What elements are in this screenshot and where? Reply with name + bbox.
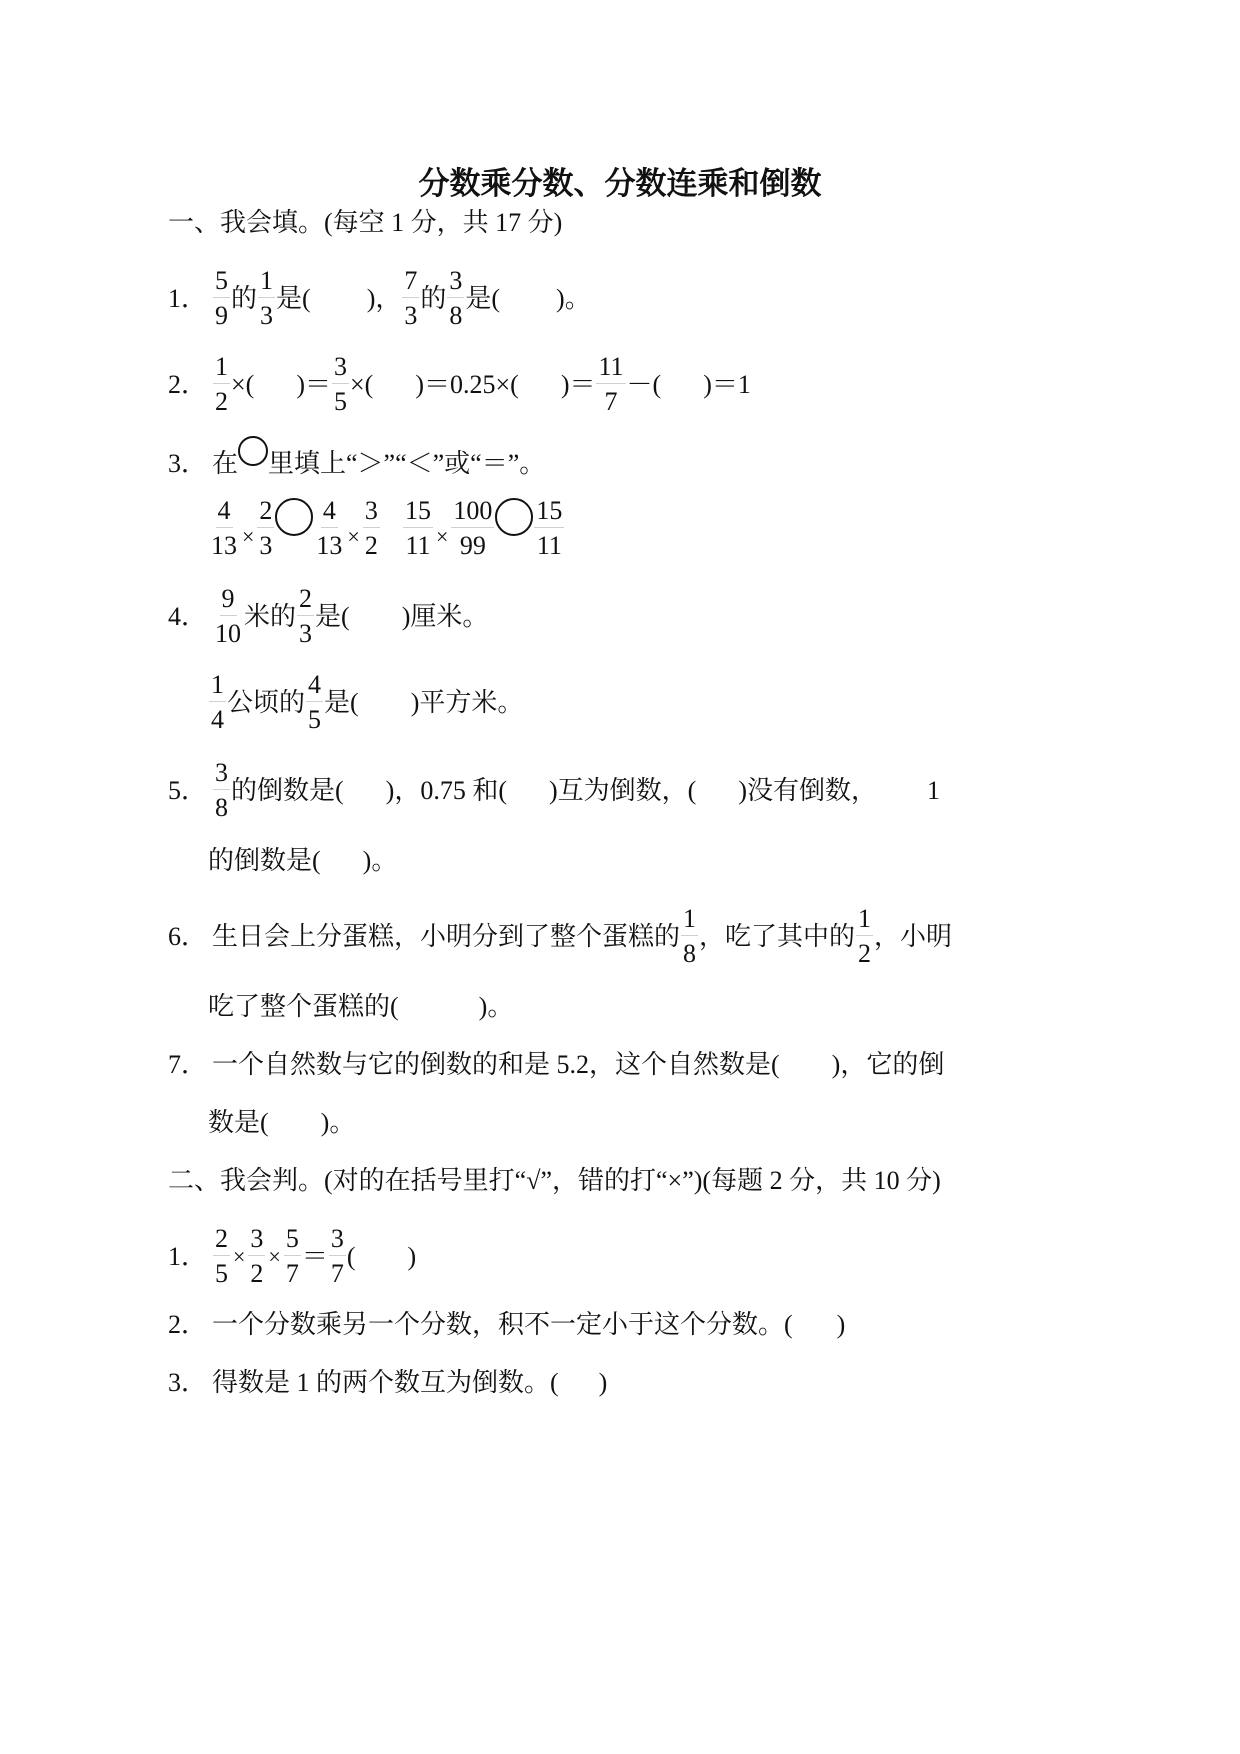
fraction: 73 [402,268,419,329]
question-number: 7． [168,1052,212,1078]
fraction: 117 [596,354,625,415]
question-number: 2． [168,1312,212,1338]
fraction: 38 [213,760,230,821]
comparison-2: 1511 × 10099 1511 [402,498,565,559]
question-number: 2． [168,372,212,398]
fraction: 35 [332,354,349,415]
fraction: 14 [209,672,226,733]
section1-heading: 一、我会填。(每空 1 分，共 17 分) [168,210,562,236]
fraction: 413 [314,498,344,559]
question-2-3: 3． 得数是 1 的两个数互为倒数。( ) [168,1370,607,1396]
question-1-2: 2． 12 ×( )＝ 35 ×( )＝0.25×( )＝ 117 －( )＝1 [168,354,751,415]
circle-icon [238,436,268,466]
question-number: 3． [168,451,212,477]
fraction: 1511 [534,498,564,559]
question-1-7-cont: 数是( )。 [208,1110,355,1136]
fraction: 12 [856,906,873,967]
question-number: 3． [168,1370,212,1396]
page-title: 分数乘分数、分数连乘和倒数 [0,158,1240,203]
fraction: 32 [363,498,380,559]
question-1-7: 7． 一个自然数与它的倒数的和是 5.2，这个自然数是( )，它的倒 [168,1052,944,1078]
fraction: 23 [257,498,274,559]
question-number: 5． [168,778,212,804]
fraction: 413 [209,498,239,559]
fraction: 1511 [403,498,433,559]
question-1-4: 4． 910 米的 23 是( )厘米。 [168,586,488,647]
fraction: 37 [329,1226,346,1287]
question-number: 6． [168,924,212,950]
fraction: 59 [213,268,230,329]
compare-circle-input[interactable] [275,498,313,536]
question-1-6-cont: 吃了整个蛋糕的( )。 [208,994,513,1020]
fraction: 10099 [451,498,494,559]
fraction: 38 [447,268,464,329]
question-number: 1． [168,286,212,312]
compare-circle-input[interactable] [495,498,533,536]
question-1-3: 3． 在 里填上“＞”“＜”或“＝”。 [168,444,545,484]
fraction: 13 [258,268,275,329]
question-number: 1． [168,1244,212,1270]
fraction: 18 [681,906,698,967]
fraction: 57 [284,1226,301,1287]
question-1-4-part2: 14 公顷的 45 是( )平方米。 [208,672,523,733]
question-2-1: 1． 25 × 32 × 57 ＝ 37 ( ) [168,1226,416,1287]
section2-heading: 二、我会判。(对的在括号里打“√”，错的打“×”)(每题 2 分，共 10 分) [168,1168,941,1194]
question-2-2: 2． 一个分数乘另一个分数，积不一定小于这个分数。( ) [168,1312,845,1338]
question-1-6: 6． 生日会上分蛋糕，小明分到了整个蛋糕的 18 ，吃了其中的 12 ，小明 [168,906,952,967]
question-1-1: 1． 59 的 13 是( )， 73 的 38 是( )。 [168,268,591,329]
fraction: 32 [248,1226,265,1287]
question-1-5: 5． 38 的倒数是( )，0.75 和( )互为倒数，( )没有倒数， 1 [168,760,940,821]
fraction: 910 [213,586,243,647]
fraction: 12 [213,354,230,415]
question-number: 4． [168,604,212,630]
fraction: 23 [297,586,314,647]
fraction: 25 [213,1226,230,1287]
comparison-1: 413 × 23 413 × 32 [208,498,381,559]
question-1-5-cont: 的倒数是( )。 [208,848,397,874]
fraction: 45 [306,672,323,733]
